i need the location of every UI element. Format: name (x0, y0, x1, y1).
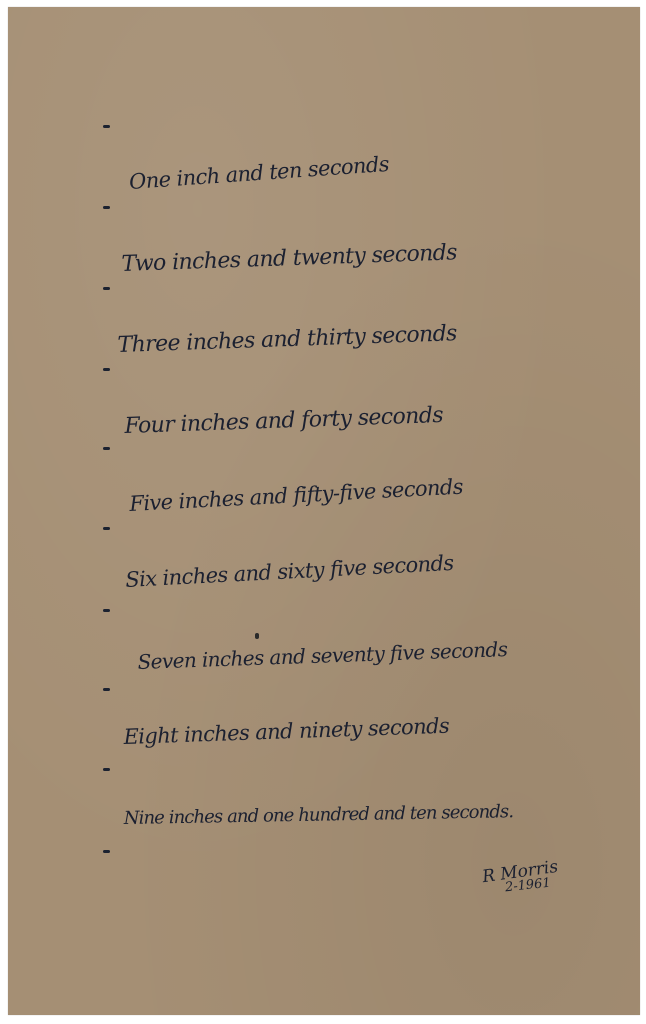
margin-tick (103, 850, 110, 853)
margin-tick (103, 125, 110, 128)
margin-tick (103, 688, 110, 691)
margin-tick (103, 527, 110, 530)
margin-tick (103, 609, 110, 612)
margin-tick (103, 287, 110, 290)
margin-tick (103, 447, 110, 450)
margin-tick (103, 206, 110, 209)
margin-tick (103, 768, 110, 771)
ink-speck (255, 633, 259, 639)
margin-tick (103, 368, 110, 371)
